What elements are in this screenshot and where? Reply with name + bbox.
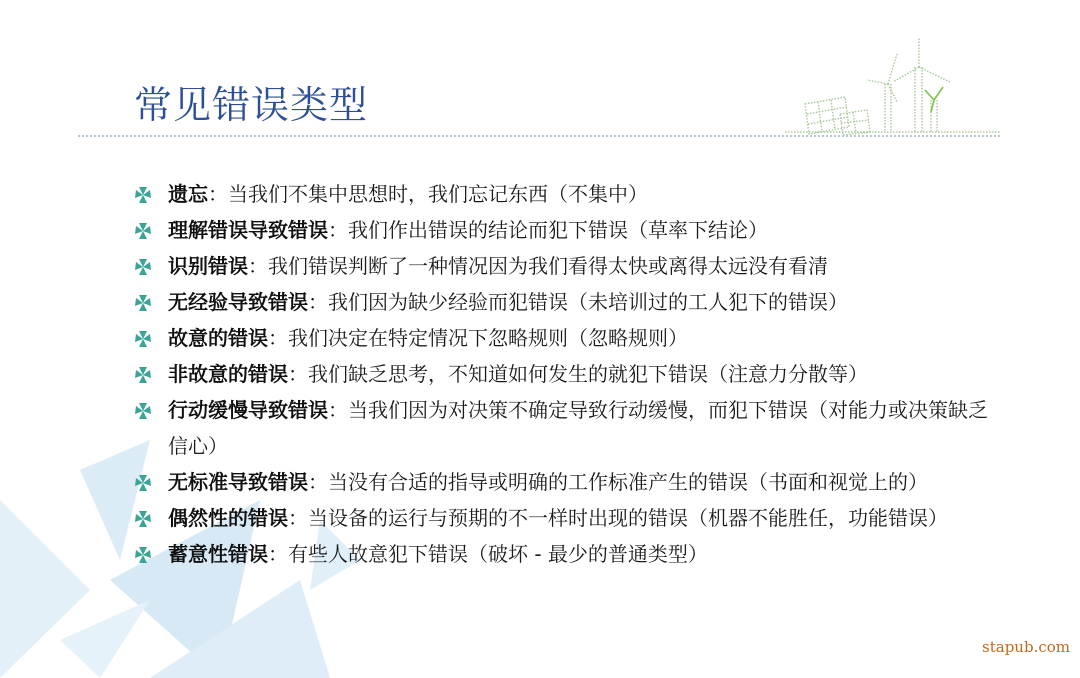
list-item: 无经验导致错误：我们因为缺少经验而犯错误（未培训过的工人犯下的错误）	[132, 284, 992, 320]
list-item: 非故意的错误：我们缺乏思考，不知道如何发生的就犯下错误（注意力分散等）	[132, 356, 992, 392]
bullet-icon	[134, 510, 152, 528]
bullet-icon	[134, 258, 152, 276]
list-item: 故意的错误：我们决定在特定情况下忽略规则（忽略规则）	[132, 320, 992, 356]
error-description: 有些人故意犯下错误（破坏 - 最少的普通类型）	[288, 542, 708, 566]
error-term: 理解错误导致错误	[168, 218, 328, 242]
error-description: 我们错误判断了一种情况因为我们看得太快或离得太远没有看清	[268, 254, 828, 278]
error-term: 遗忘	[168, 182, 208, 206]
error-term: 行动缓慢导致错误	[168, 398, 328, 422]
error-description: 当我们不集中思想时，我们忘记东西（不集中）	[228, 182, 648, 206]
bullet-icon	[134, 294, 152, 312]
bullet-icon	[134, 546, 152, 564]
slide-title: 常见错误类型	[134, 74, 368, 129]
bullet-icon	[134, 330, 152, 348]
list-item: 无标准导致错误：当没有合适的指导或明确的工作标准产生的错误（书面和视觉上的）	[132, 464, 992, 500]
error-term: 识别错误	[168, 254, 248, 278]
error-term: 无经验导致错误	[168, 290, 308, 314]
bullet-icon	[134, 222, 152, 240]
error-term: 非故意的错误	[168, 362, 288, 386]
error-term: 偶然性的错误	[168, 506, 288, 530]
error-description: 我们决定在特定情况下忽略规则（忽略规则）	[288, 326, 688, 350]
list-item: 理解错误导致错误：我们作出错误的结论而犯下错误（草率下结论）	[132, 212, 992, 248]
error-types-list: 遗忘：当我们不集中思想时，我们忘记东西（不集中） 理解错误导致错误：我们作出错误…	[132, 176, 992, 572]
wind-turbine-solar-panel-icon	[785, 32, 1000, 142]
watermark: stapub.com	[982, 638, 1070, 656]
error-term: 无标准导致错误	[168, 470, 308, 494]
list-item: 识别错误：我们错误判断了一种情况因为我们看得太快或离得太远没有看清	[132, 248, 992, 284]
list-item: 蓄意性错误：有些人故意犯下错误（破坏 - 最少的普通类型）	[132, 536, 992, 572]
error-term: 蓄意性错误	[168, 542, 268, 566]
bullet-icon	[134, 402, 152, 420]
error-term: 故意的错误	[168, 326, 268, 350]
bullet-icon	[134, 474, 152, 492]
error-description: 我们缺乏思考，不知道如何发生的就犯下错误（注意力分散等）	[308, 362, 868, 386]
error-description: 我们作出错误的结论而犯下错误（草率下结论）	[348, 218, 768, 242]
error-description: 我们因为缺少经验而犯错误（未培训过的工人犯下的错误）	[328, 290, 848, 314]
list-item: 行动缓慢导致错误：当我们因为对决策不确定导致行动缓慢，而犯下错误（对能力或决策缺…	[132, 392, 992, 464]
bullet-icon	[134, 186, 152, 204]
list-item: 偶然性的错误：当设备的运行与预期的不一样时出现的错误（机器不能胜任，功能错误）	[132, 500, 992, 536]
slide: 常见错误类型 遗忘：当我们不集中思想时，我们忘记东西（不集中） 理解错误导致错误	[0, 0, 1080, 678]
list-item: 遗忘：当我们不集中思想时，我们忘记东西（不集中）	[132, 176, 992, 212]
error-description: 当没有合适的指导或明确的工作标准产生的错误（书面和视觉上的）	[328, 470, 928, 494]
bullet-icon	[134, 366, 152, 384]
error-description: 当设备的运行与预期的不一样时出现的错误（机器不能胜任，功能错误）	[308, 506, 948, 530]
